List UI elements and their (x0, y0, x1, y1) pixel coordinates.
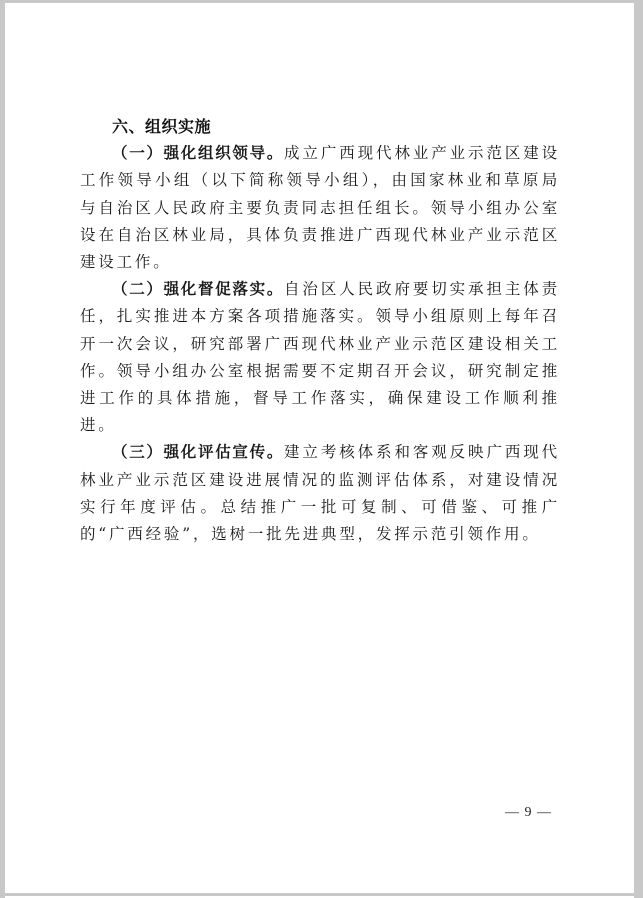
paragraph-3-lead: （三）强化评估宣传。 (112, 443, 284, 461)
section-heading: 六、组织实施 (80, 113, 560, 140)
paragraph-2: （二）强化督促落实。自治区人民政府要切实承担主体责任，扎实推进本方案各项措施落实… (80, 276, 560, 439)
document-page: 六、组织实施 （一）强化组织领导。成立广西现代林业产业示范区建设工作领导小组（以… (5, 3, 634, 893)
paragraph-2-lead: （二）强化督促落实。 (112, 280, 284, 298)
paragraph-1: （一）强化组织领导。成立广西现代林业产业示范区建设工作领导小组（以下简称领导小组… (80, 140, 560, 276)
paragraph-2-body: 自治区人民政府要切实承担主体责任，扎实推进本方案各项措施落实。领导小组原则上每年… (80, 280, 560, 434)
viewer-frame-bottom (0, 893, 643, 896)
viewer-frame-right (634, 0, 643, 898)
paragraph-3: （三）强化评估宣传。建立考核体系和客观反映广西现代林业产业示范区建设进展情况的监… (80, 439, 560, 548)
paragraph-1-lead: （一）强化组织领导。 (112, 144, 284, 162)
page-content: 六、组织实施 （一）强化组织领导。成立广西现代林业产业示范区建设工作领导小组（以… (80, 113, 560, 548)
page-number: — 9 — (505, 805, 552, 821)
paragraph-1-body: 成立广西现代林业产业示范区建设工作领导小组（以下简称领导小组），由国家林业和草原… (80, 144, 560, 271)
